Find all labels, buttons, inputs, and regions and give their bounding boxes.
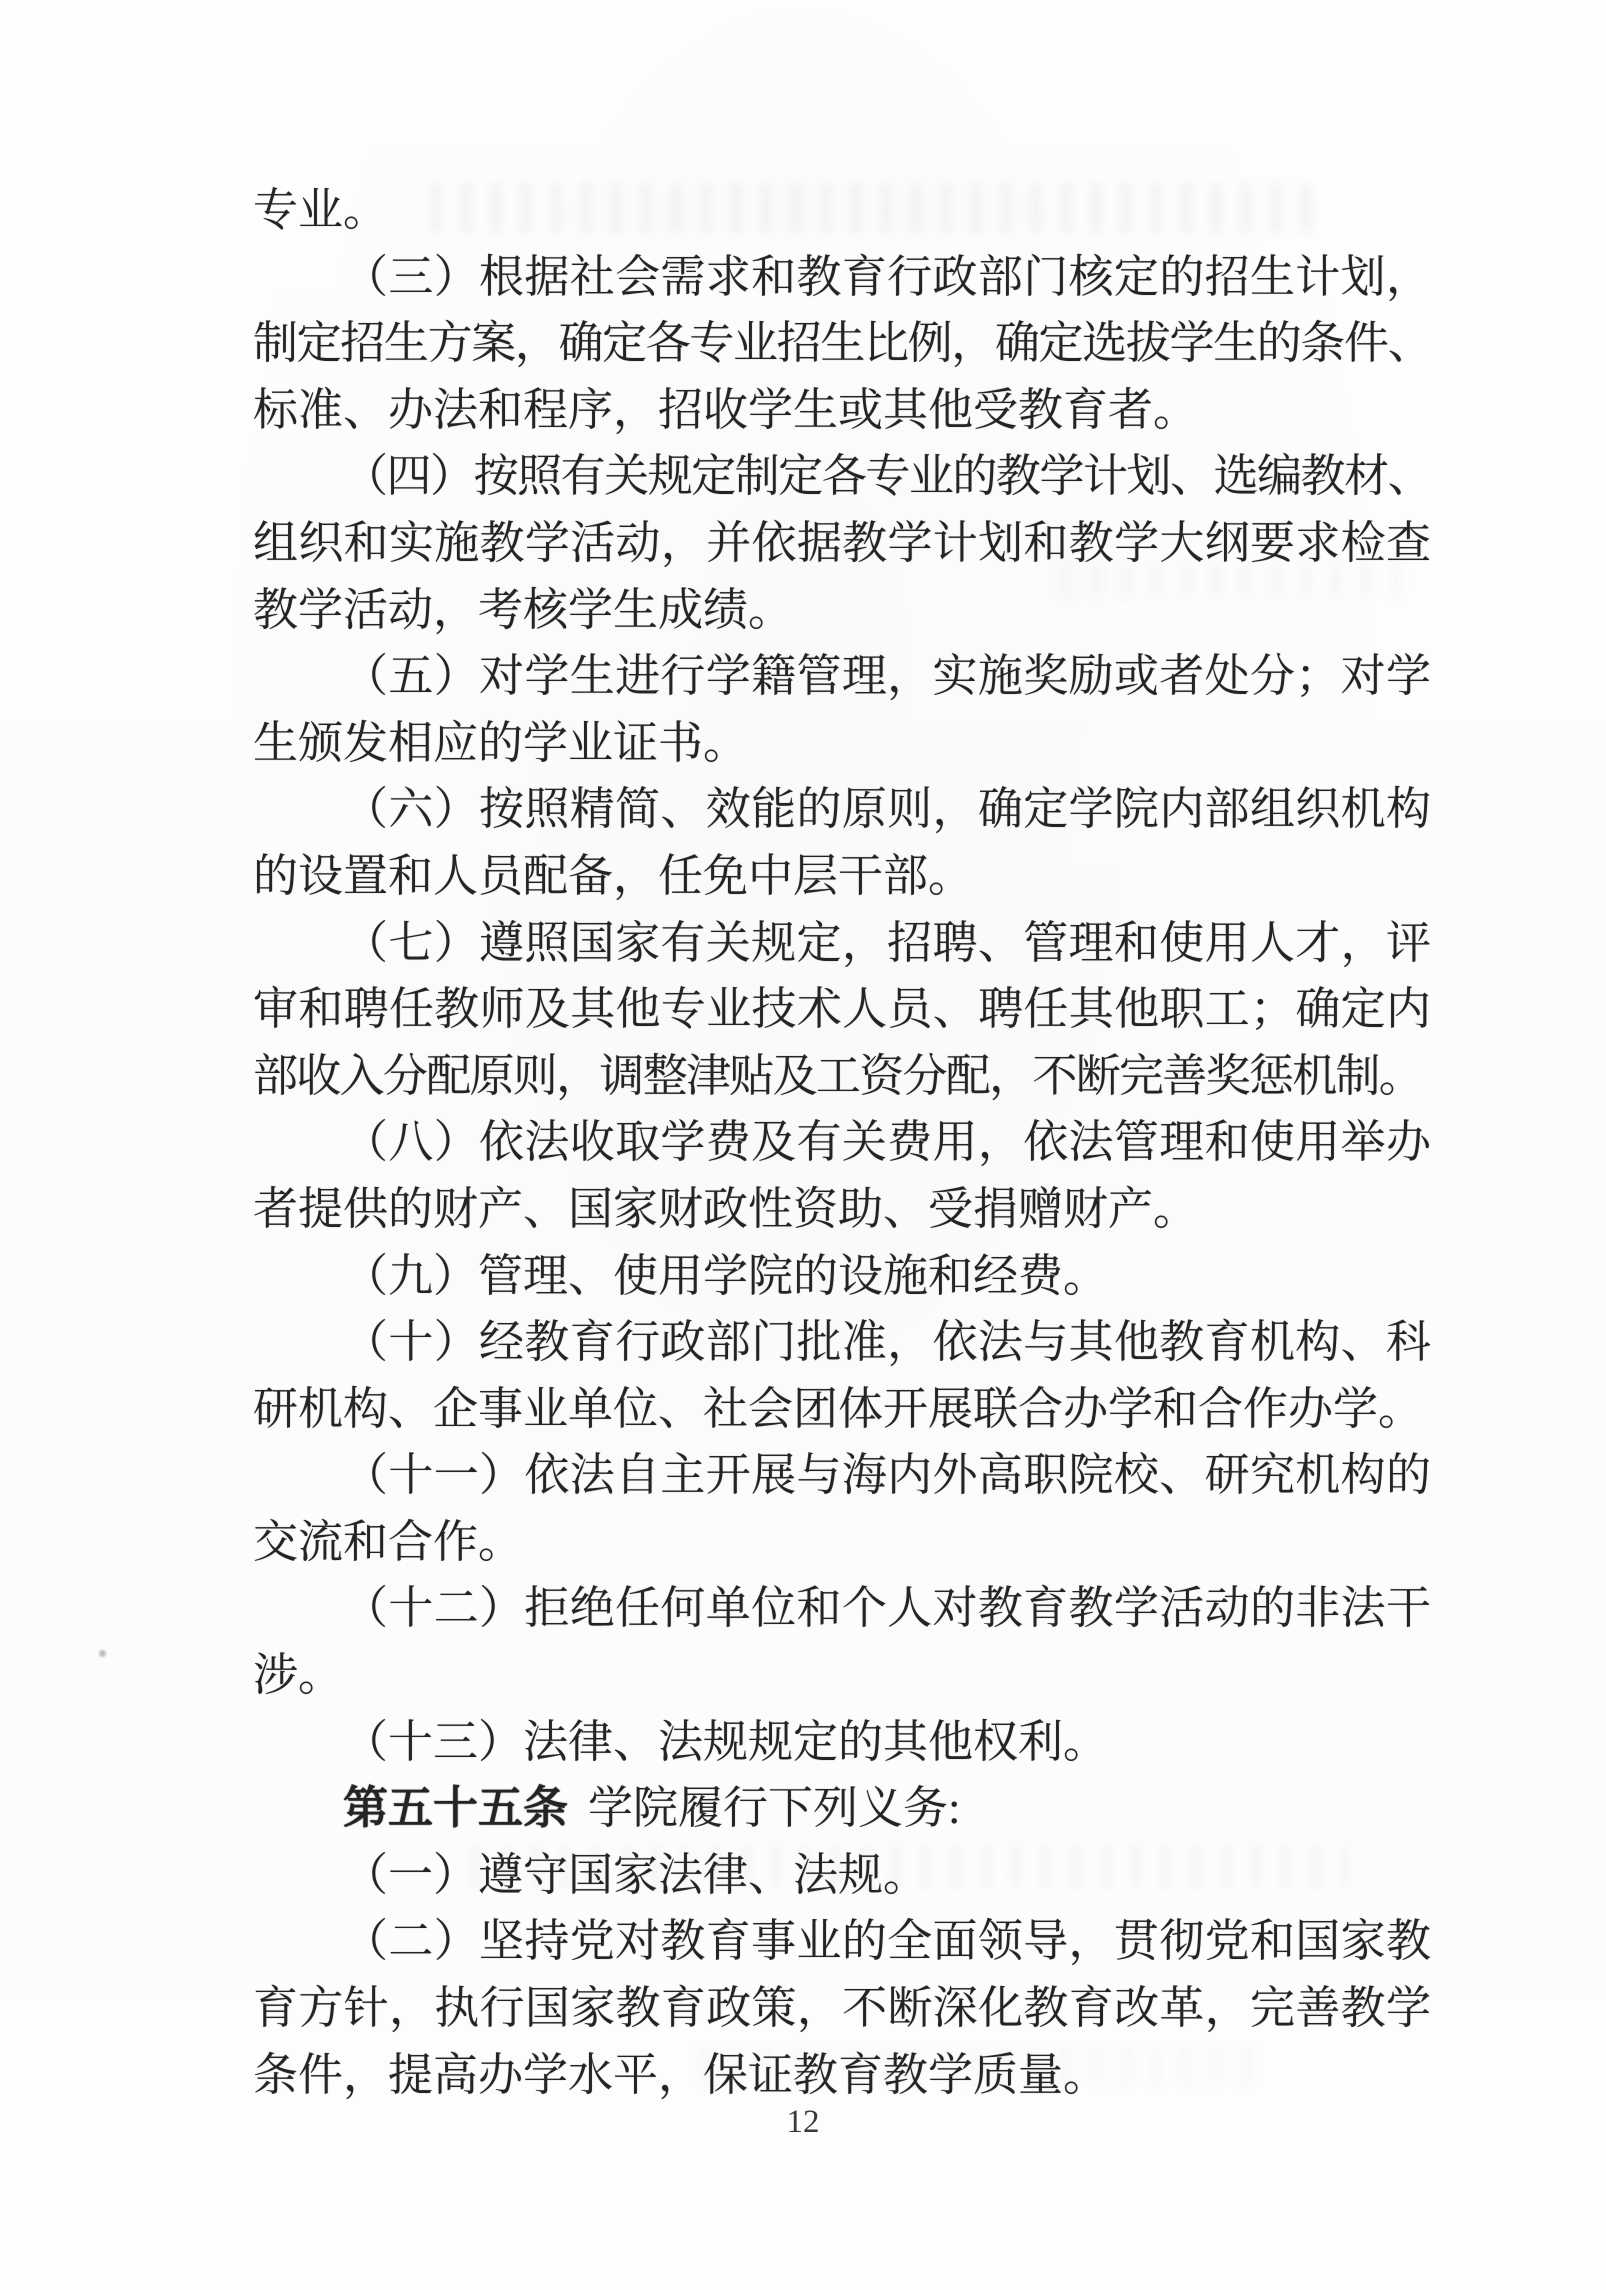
text-line: （十二）拒绝任何单位和个人对教育教学活动的非法干: [253, 1575, 1431, 1642]
text-line: （八）依法收取学费及有关费用，依法管理和使用举办: [253, 1109, 1431, 1176]
text-line: （十一）依法自主开展与海内外高职院校、研究机构的: [253, 1442, 1431, 1509]
text-line: （四）按照有关规定制定各专业的教学计划、选编教材、: [253, 443, 1431, 510]
article-55-number: 第五十五条: [343, 1783, 568, 1833]
text-line: 条件，提高办学水平，保证教育教学质量。: [253, 2042, 1431, 2109]
text-line: （十）经教育行政部门批准，依法与其他教育机构、科: [253, 1309, 1431, 1376]
article-55-intro: 学院履行下列义务:: [588, 1783, 961, 1833]
text-line: 组织和实施教学活动，并依据教学计划和教学大纲要求检查: [253, 510, 1431, 577]
text-line: （一）遵守国家法律、法规。: [253, 1842, 1431, 1909]
text-line: （五）对学生进行学籍管理，实施奖励或者处分；对学: [253, 643, 1431, 710]
text-line: （七）遵照国家有关规定，招聘、管理和使用人才，评: [253, 910, 1431, 977]
text-line: 专业。: [253, 177, 1431, 244]
article-55-line: 第五十五条学院履行下列义务:: [253, 1775, 1431, 1842]
text-line: （二）坚持党对教育事业的全面领导，贯彻党和国家教: [253, 1908, 1431, 1975]
document-body: 专业。 （三）根据社会需求和教育行政部门核定的招生计划， 制定招生方案，确定各专…: [253, 177, 1431, 2108]
document-page: 专业。 （三）根据社会需求和教育行政部门核定的招生计划， 制定招生方案，确定各专…: [0, 0, 1606, 2290]
text-line: 标准、办法和程序，招收学生或其他受教育者。: [253, 377, 1431, 444]
text-line: （六）按照精简、效能的原则，确定学院内部组织机构: [253, 776, 1431, 843]
scan-artifact: [99, 1650, 106, 1657]
text-line: 涉。: [253, 1642, 1431, 1709]
text-line: 制定招生方案，确定各专业招生比例，确定选拔学生的条件、: [253, 310, 1431, 377]
text-line: （十三）法律、法规规定的其他权利。: [253, 1709, 1431, 1776]
text-line: 交流和合作。: [253, 1509, 1431, 1576]
text-line: （三）根据社会需求和教育行政部门核定的招生计划，: [253, 244, 1431, 311]
text-line: 审和聘任教师及其他专业技术人员、聘任其他职工；确定内: [253, 976, 1431, 1043]
text-line: 教学活动，考核学生成绩。: [253, 577, 1431, 644]
page-number: 12: [787, 2104, 820, 2140]
text-line: 研机构、企事业单位、社会团体开展联合办学和合作办学。: [253, 1376, 1431, 1443]
page-footer: 12: [0, 2104, 1606, 2141]
text-line: 育方针，执行国家教育政策，不断深化教育改革，完善教学: [253, 1975, 1431, 2042]
text-line: 部收入分配原则，调整津贴及工资分配，不断完善奖惩机制。: [253, 1043, 1431, 1110]
text-line: 者提供的财产、国家财政性资助、受捐赠财产。: [253, 1176, 1431, 1243]
text-line: （九）管理、使用学院的设施和经费。: [253, 1243, 1431, 1310]
text-line: 生颁发相应的学业证书。: [253, 710, 1431, 777]
text-line: 的设置和人员配备，任免中层干部。: [253, 843, 1431, 910]
